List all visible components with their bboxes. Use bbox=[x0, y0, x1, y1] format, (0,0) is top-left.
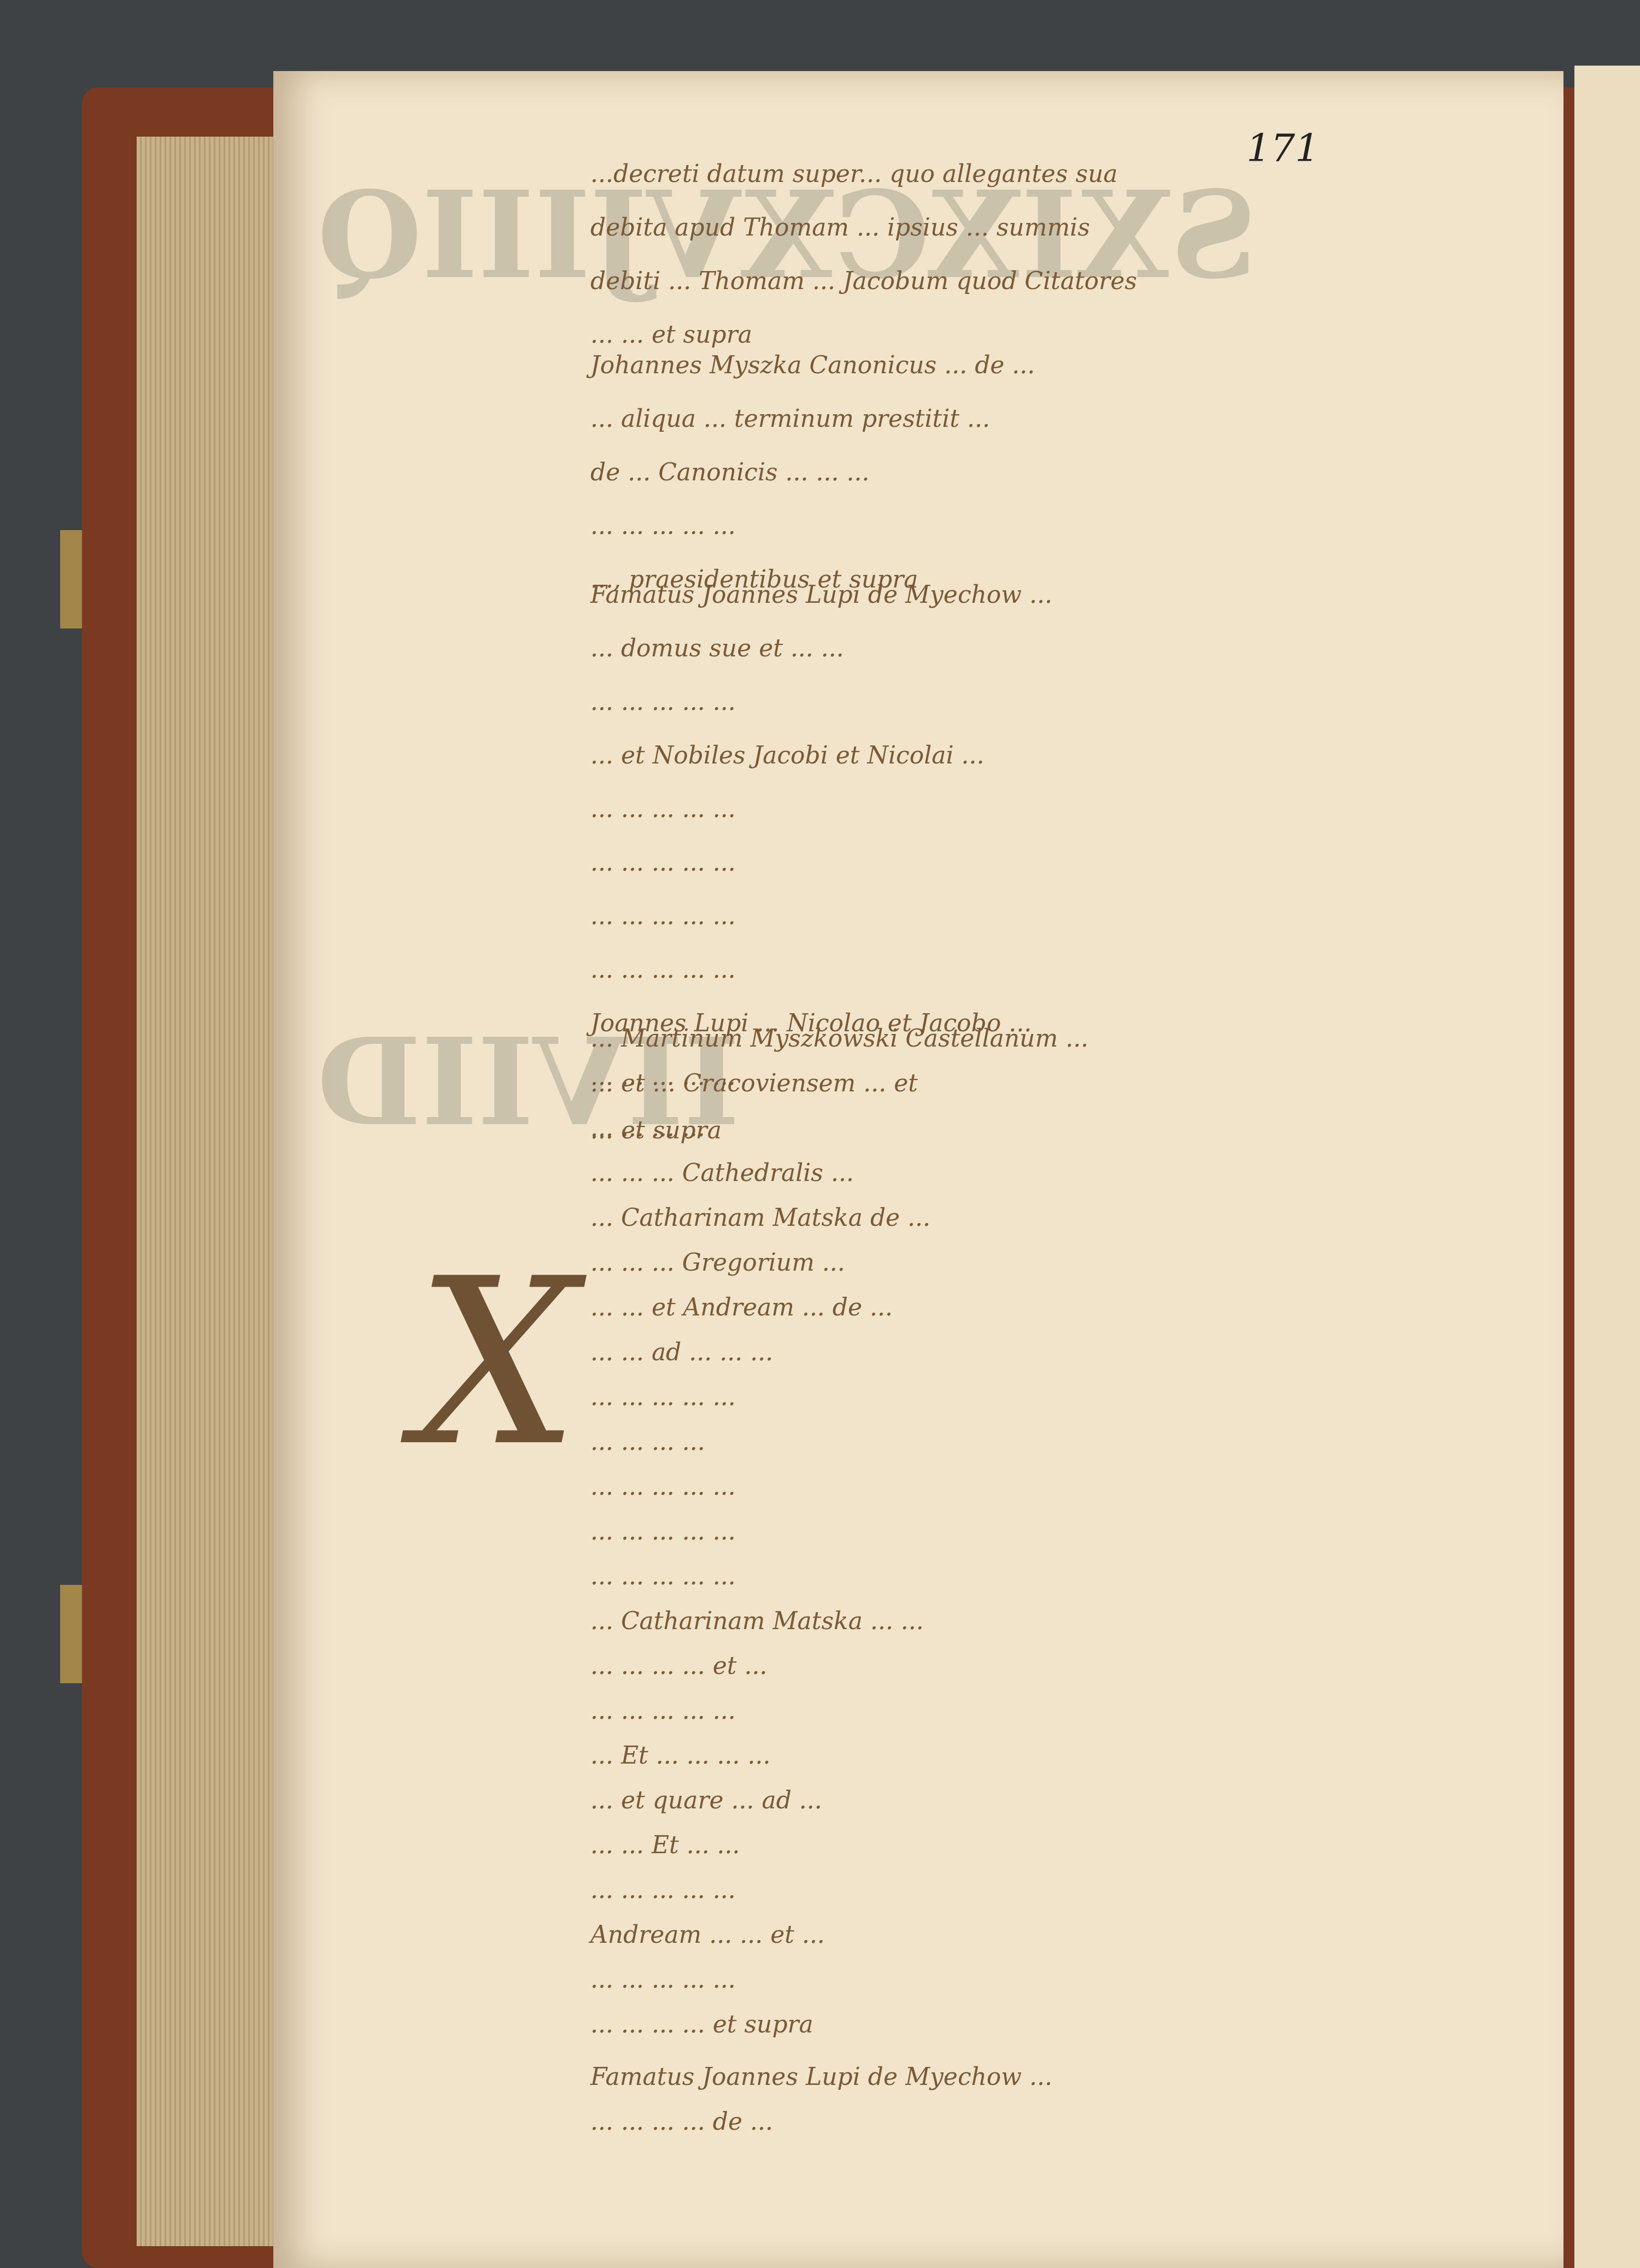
paragraph-4: ... Martinum Myszkowski Castellanum ... … bbox=[590, 1017, 1520, 2047]
text-line: ... ... ... Cathedralis ... bbox=[590, 1151, 1520, 1196]
text-line: ... ... ... ... ... bbox=[590, 1465, 1520, 1509]
text-line: ... ... ... ... ... bbox=[590, 1868, 1520, 1913]
text-line: ...decreti datum super... quo allegantes… bbox=[590, 148, 1520, 201]
facing-page-edge bbox=[1574, 66, 1640, 2268]
text-line: ... et quare ... ad ... bbox=[590, 1778, 1520, 1823]
paragraph-2: Johannes Myszka Canonicus ... de ... ...… bbox=[590, 339, 1520, 607]
text-line: de ... Canonicis ... ... ... bbox=[590, 446, 1520, 500]
text-line: ... aliqua ... terminum prestitit ... bbox=[590, 392, 1520, 446]
text-line: debiti ... Thomam ... Jacobum quod Citat… bbox=[590, 255, 1520, 308]
text-line: ... Catharinam Matska ... ... bbox=[590, 1599, 1520, 1644]
text-line: ... Et ... ... ... ... bbox=[590, 1734, 1520, 1778]
text-line: ... et Nobiles Jacobi et Nicolai ... bbox=[590, 729, 1520, 783]
clasp-top bbox=[60, 530, 82, 628]
text-line: ... ... ... ... ... bbox=[590, 500, 1520, 553]
text-line: ... ... ... ... ... bbox=[590, 1958, 1520, 2002]
text-line: ... ... ... ... de ... bbox=[590, 2100, 1520, 2144]
page-edges bbox=[137, 137, 290, 2246]
text-line: ... ... Et ... ... bbox=[590, 1823, 1520, 1868]
text-line: ... ... ... ... ... bbox=[590, 1509, 1520, 1554]
text-line: ... ... ... ... ... bbox=[590, 836, 1520, 890]
paragraph-1: ...decreti datum super... quo allegantes… bbox=[590, 148, 1520, 362]
text-line: Johannes Myszka Canonicus ... de ... bbox=[590, 339, 1520, 392]
text-line: ... ... ... ... ... bbox=[590, 783, 1520, 836]
text-line: ... ... ... ... ... bbox=[590, 1689, 1520, 1734]
text-line: Andream ... ... et ... bbox=[590, 1913, 1520, 1958]
text-line: ... ... ... ... ... bbox=[590, 675, 1520, 729]
text-line: debita apud Thomam ... ipsius ... summis bbox=[590, 201, 1520, 255]
text-line: ... domus sue et ... ... bbox=[590, 622, 1520, 675]
text-line: Famatus Joannes Lupi de Myechow ... bbox=[590, 2055, 1520, 2100]
text-line: ... ... ... ... et supra bbox=[590, 2002, 1520, 2047]
text-line: Famatus Joannes Lupi de Myechow ... bbox=[590, 568, 1520, 622]
text-line: ... ... ... ... bbox=[590, 1106, 1520, 1151]
paragraph-5: Famatus Joannes Lupi de Myechow ... ... … bbox=[590, 2055, 1520, 2144]
text-line: ... ... ... ... et ... bbox=[590, 1644, 1520, 1689]
text-line: ... ... ... ... bbox=[590, 1420, 1520, 1465]
text-line: ... Martinum Myszkowski Castellanum ... bbox=[590, 1017, 1520, 1061]
text-line: ... et ... Cracoviensem ... et bbox=[590, 1061, 1520, 1106]
text-line: ... ... ... ... ... bbox=[590, 1554, 1520, 1599]
text-line: ... ... et Andream ... de ... bbox=[590, 1285, 1520, 1330]
text-line: ... ... ... ... ... bbox=[590, 890, 1520, 943]
text-line: ... ... ad ... ... ... bbox=[590, 1330, 1520, 1375]
text-line: ... Catharinam Matska de ... bbox=[590, 1196, 1520, 1241]
text-line: ... ... ... ... ... bbox=[590, 943, 1520, 997]
margin-cross-mark: X bbox=[415, 1230, 579, 1497]
clasp-bottom bbox=[60, 1585, 82, 1683]
text-line: ... ... ... Gregorium ... bbox=[590, 1241, 1520, 1285]
text-line: ... ... ... ... ... bbox=[590, 1375, 1520, 1420]
